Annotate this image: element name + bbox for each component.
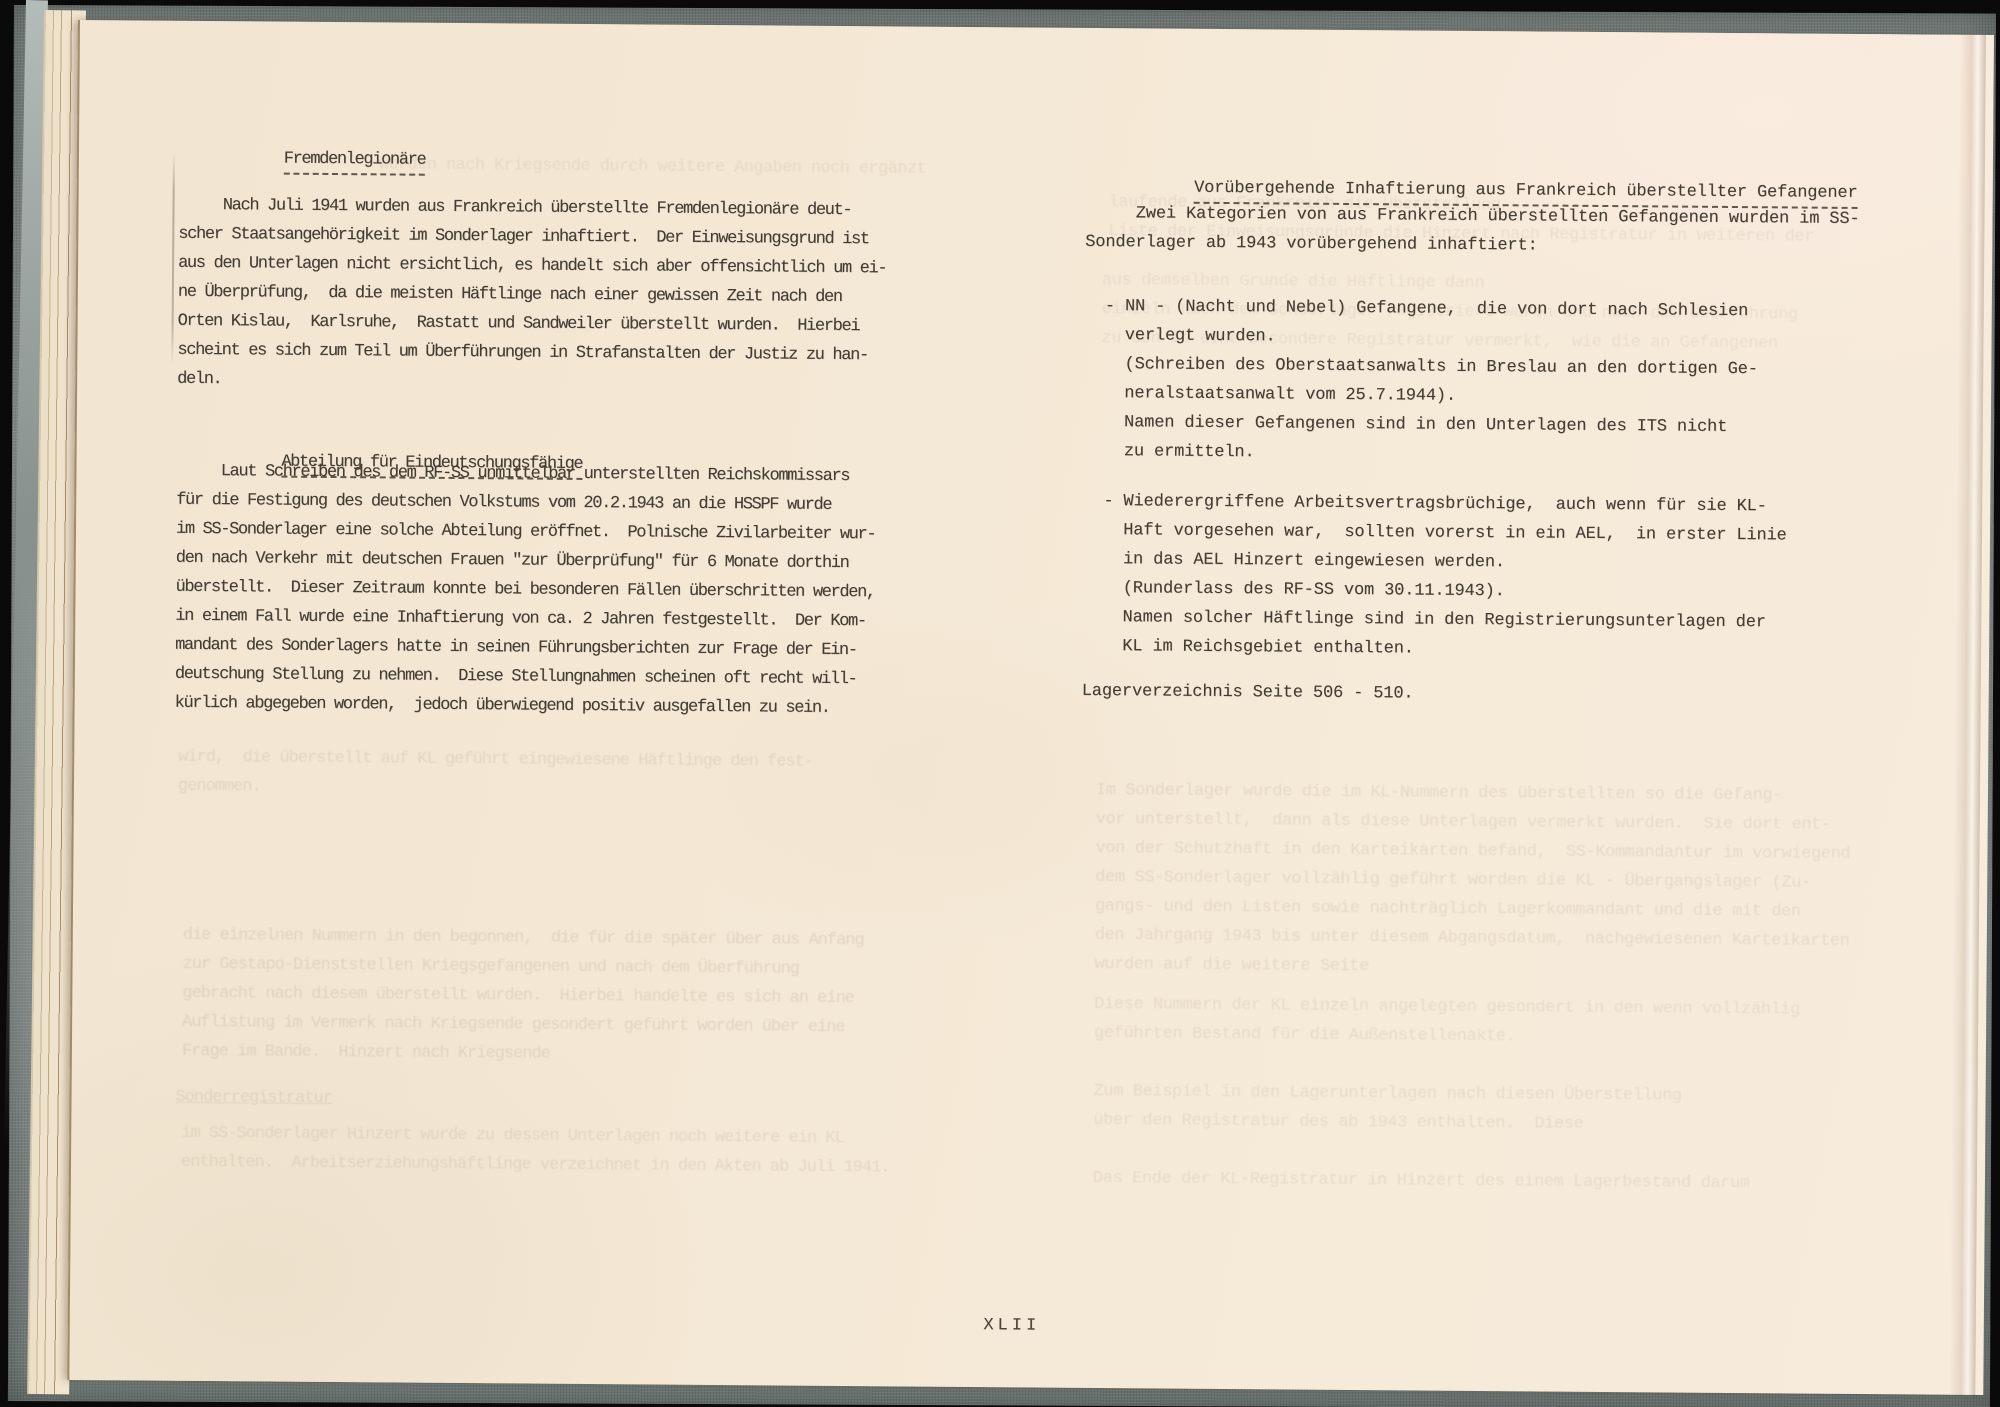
book-scan: wurden nach Kriegsende durch weitere Ang…	[0, 0, 2000, 1407]
bleedthrough-text: Im Sonderlager wurde die im KL-Nummern d…	[1094, 776, 1896, 985]
bullet-item-arbeitsvertragsbruechige: - Wiederergriffene Arbeitsvertragsbrüchi…	[1082, 487, 1787, 667]
bleedthrough-text: die einzelnen Nummern in den begonnen, d…	[182, 921, 923, 1072]
bullet-item-nn-gefangene: - NN - (Nacht und Nebel) Gefangene, die …	[1084, 292, 1759, 471]
section-heading-text: Fremdenlegionäre	[284, 150, 426, 176]
bleedthrough-text: Sonderregistratur	[175, 1083, 575, 1115]
crease-line	[171, 151, 175, 366]
paragraph-fremdenlegionaere: Nach Juli 1941 wurden aus Frankreich übe…	[177, 191, 887, 400]
paragraph-eindeutschungsfaehige: Laut Schreiben des dem RF-SS unmittelbar…	[175, 457, 876, 723]
bleedthrough-text: wird, die überstellt auf KL geführt eing…	[178, 743, 918, 807]
fore-edge-fold	[1949, 35, 1986, 1395]
page-number: XLII	[942, 1316, 1082, 1336]
bleedthrough-text: Diese Nummern der KL einzeln angelegten …	[1093, 990, 1895, 1199]
bleedthrough-text: im SS-Sonderlager Hinzert wurde zu desse…	[181, 1119, 921, 1183]
paragraph-intro: Zwei Kategorien von aus Frankreich übers…	[1085, 199, 1859, 263]
reference-lagerverzeichnis: Lagerverzeichnis Seite 506 - 510.	[1082, 677, 1414, 709]
bleedthrough-text: wurden nach Kriegsende durch weitere Ang…	[379, 150, 979, 184]
book-page: wurden nach Kriegsende durch weitere Ang…	[67, 20, 1994, 1395]
